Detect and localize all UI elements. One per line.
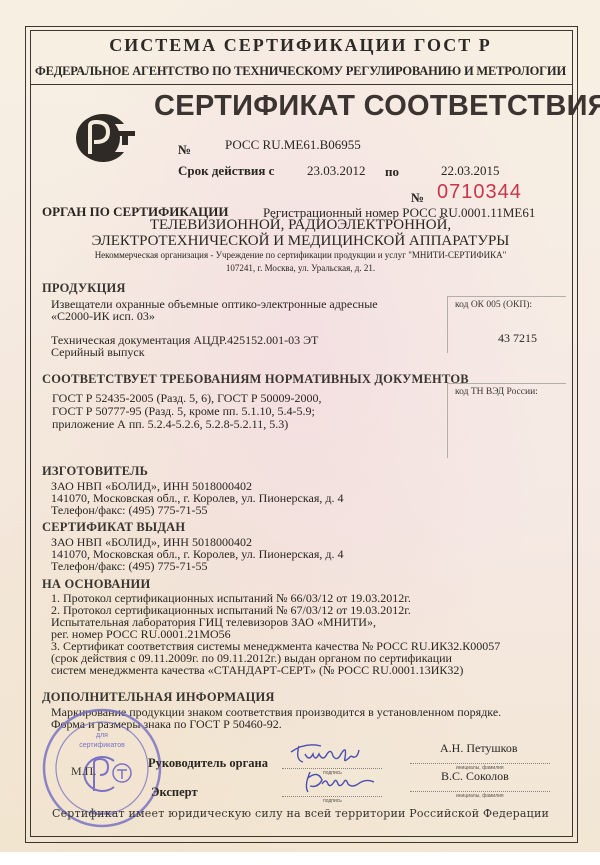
certificate-page: СИСТЕМА СЕРТИФИКАЦИИ ГОСТ Р ФЕДЕРАЛЬНОЕ … [0, 0, 600, 852]
svg-text:для: для [96, 732, 108, 739]
legal-notice: Сертификат имеет юридическую силу на все… [30, 807, 571, 820]
tnved-label: код ТН ВЭД России: [455, 387, 538, 397]
issued-to-heading: СЕРТИФИКАТ ВЫДАН [42, 520, 185, 535]
stamp-label: М.П. [71, 764, 96, 779]
expert-name-line [410, 791, 550, 792]
head-name: А.Н. Петушков [440, 741, 518, 756]
manufacturer-heading: ИЗГОТОВИТЕЛЬ [42, 464, 148, 479]
product-heading: ПРОДУКЦИЯ [42, 281, 126, 296]
serial-label: № [411, 190, 424, 206]
certificate-number: РОСС RU.МЕ61.В06955 [225, 137, 361, 153]
expert-label: Эксперт [151, 785, 198, 800]
valid-from: 23.03.2012 [307, 163, 366, 179]
organ-address: 107241, г. Москва, ул. Уральская, д. 21. [30, 263, 571, 273]
expert-signature-line [282, 796, 382, 797]
head-name-line [410, 763, 550, 764]
validity-label: Срок действия с [178, 163, 274, 179]
valid-to-label: по [385, 164, 399, 180]
tnved-code-box: код ТН ВЭД России: [447, 383, 566, 458]
organ-name-line: ТЕЛЕВИЗИОННОЙ, РАДИОЭЛЕКТРОННОЙ, [30, 217, 571, 234]
agency-name: ФЕДЕРАЛЬНОЕ АГЕНТСТВО ПО ТЕХНИЧЕСКОМУ РЕ… [30, 64, 571, 79]
conformity-line: ГОСТ Р 50777-95 (Разд. 5, кроме пп. 5.1.… [52, 405, 315, 417]
head-signature-icon [285, 740, 365, 766]
conformity-line: приложение А пп. 5.2.4-5.2.6, 5.2.8-5.2.… [52, 418, 288, 430]
basis-line: систем менеджмента качества «СТАНДАРТ-СЕ… [51, 664, 463, 676]
conformity-line: ГОСТ Р 52435-2005 (Разд. 5, 6), ГОСТ Р 5… [52, 392, 322, 404]
expert-signature-icon [300, 768, 380, 796]
manufacturer-line: Телефон/факс: (495) 775-71-55 [51, 504, 207, 516]
organ-name-line: ЭЛЕКТРОТЕХНИЧЕСКОЙ И МЕДИЦИНСКОЙ АППАРАТ… [30, 233, 571, 250]
system-title: СИСТЕМА СЕРТИФИКАЦИИ ГОСТ Р [30, 35, 571, 56]
number-label: № [178, 142, 191, 158]
okp-label: код ОК 005 (ОКП): [455, 300, 532, 310]
product-line: «С2000-ИК исп. 03» [51, 310, 155, 322]
header-divider [30, 84, 573, 85]
basis-heading: НА ОСНОВАНИИ [42, 577, 150, 592]
okp-value: 43 7215 [498, 331, 537, 346]
rst-logo-icon [68, 110, 140, 166]
expert-name: В.С. Соколов [441, 769, 509, 784]
serial-number: 0710344 [437, 181, 522, 204]
expert-name-caption: инициалы, фамилия [456, 793, 504, 799]
okp-code-box: код ОК 005 (ОКП): 43 7215 [447, 296, 566, 353]
expert-signature-caption: подпись [323, 798, 342, 804]
valid-to: 22.03.2015 [441, 163, 500, 179]
organ-organization: Некоммерческая организация - Учреждение … [30, 250, 571, 260]
conformity-heading: СООТВЕТСТВУЕТ ТРЕБОВАНИЯМ НОРМАТИВНЫХ ДО… [42, 372, 469, 387]
certificate-title: СЕРТИФИКАТ СООТВЕТСТВИЯ [154, 90, 600, 123]
svg-text:сертификатов: сертификатов [79, 742, 125, 749]
product-doc-line: Серийный выпуск [51, 346, 145, 358]
additional-heading: ДОПОЛНИТЕЛЬНАЯ ИНФОРМАЦИЯ [42, 690, 275, 705]
issued-to-line: Телефон/факс: (495) 775-71-55 [51, 560, 207, 572]
head-label: Руководитель органа [148, 756, 268, 771]
